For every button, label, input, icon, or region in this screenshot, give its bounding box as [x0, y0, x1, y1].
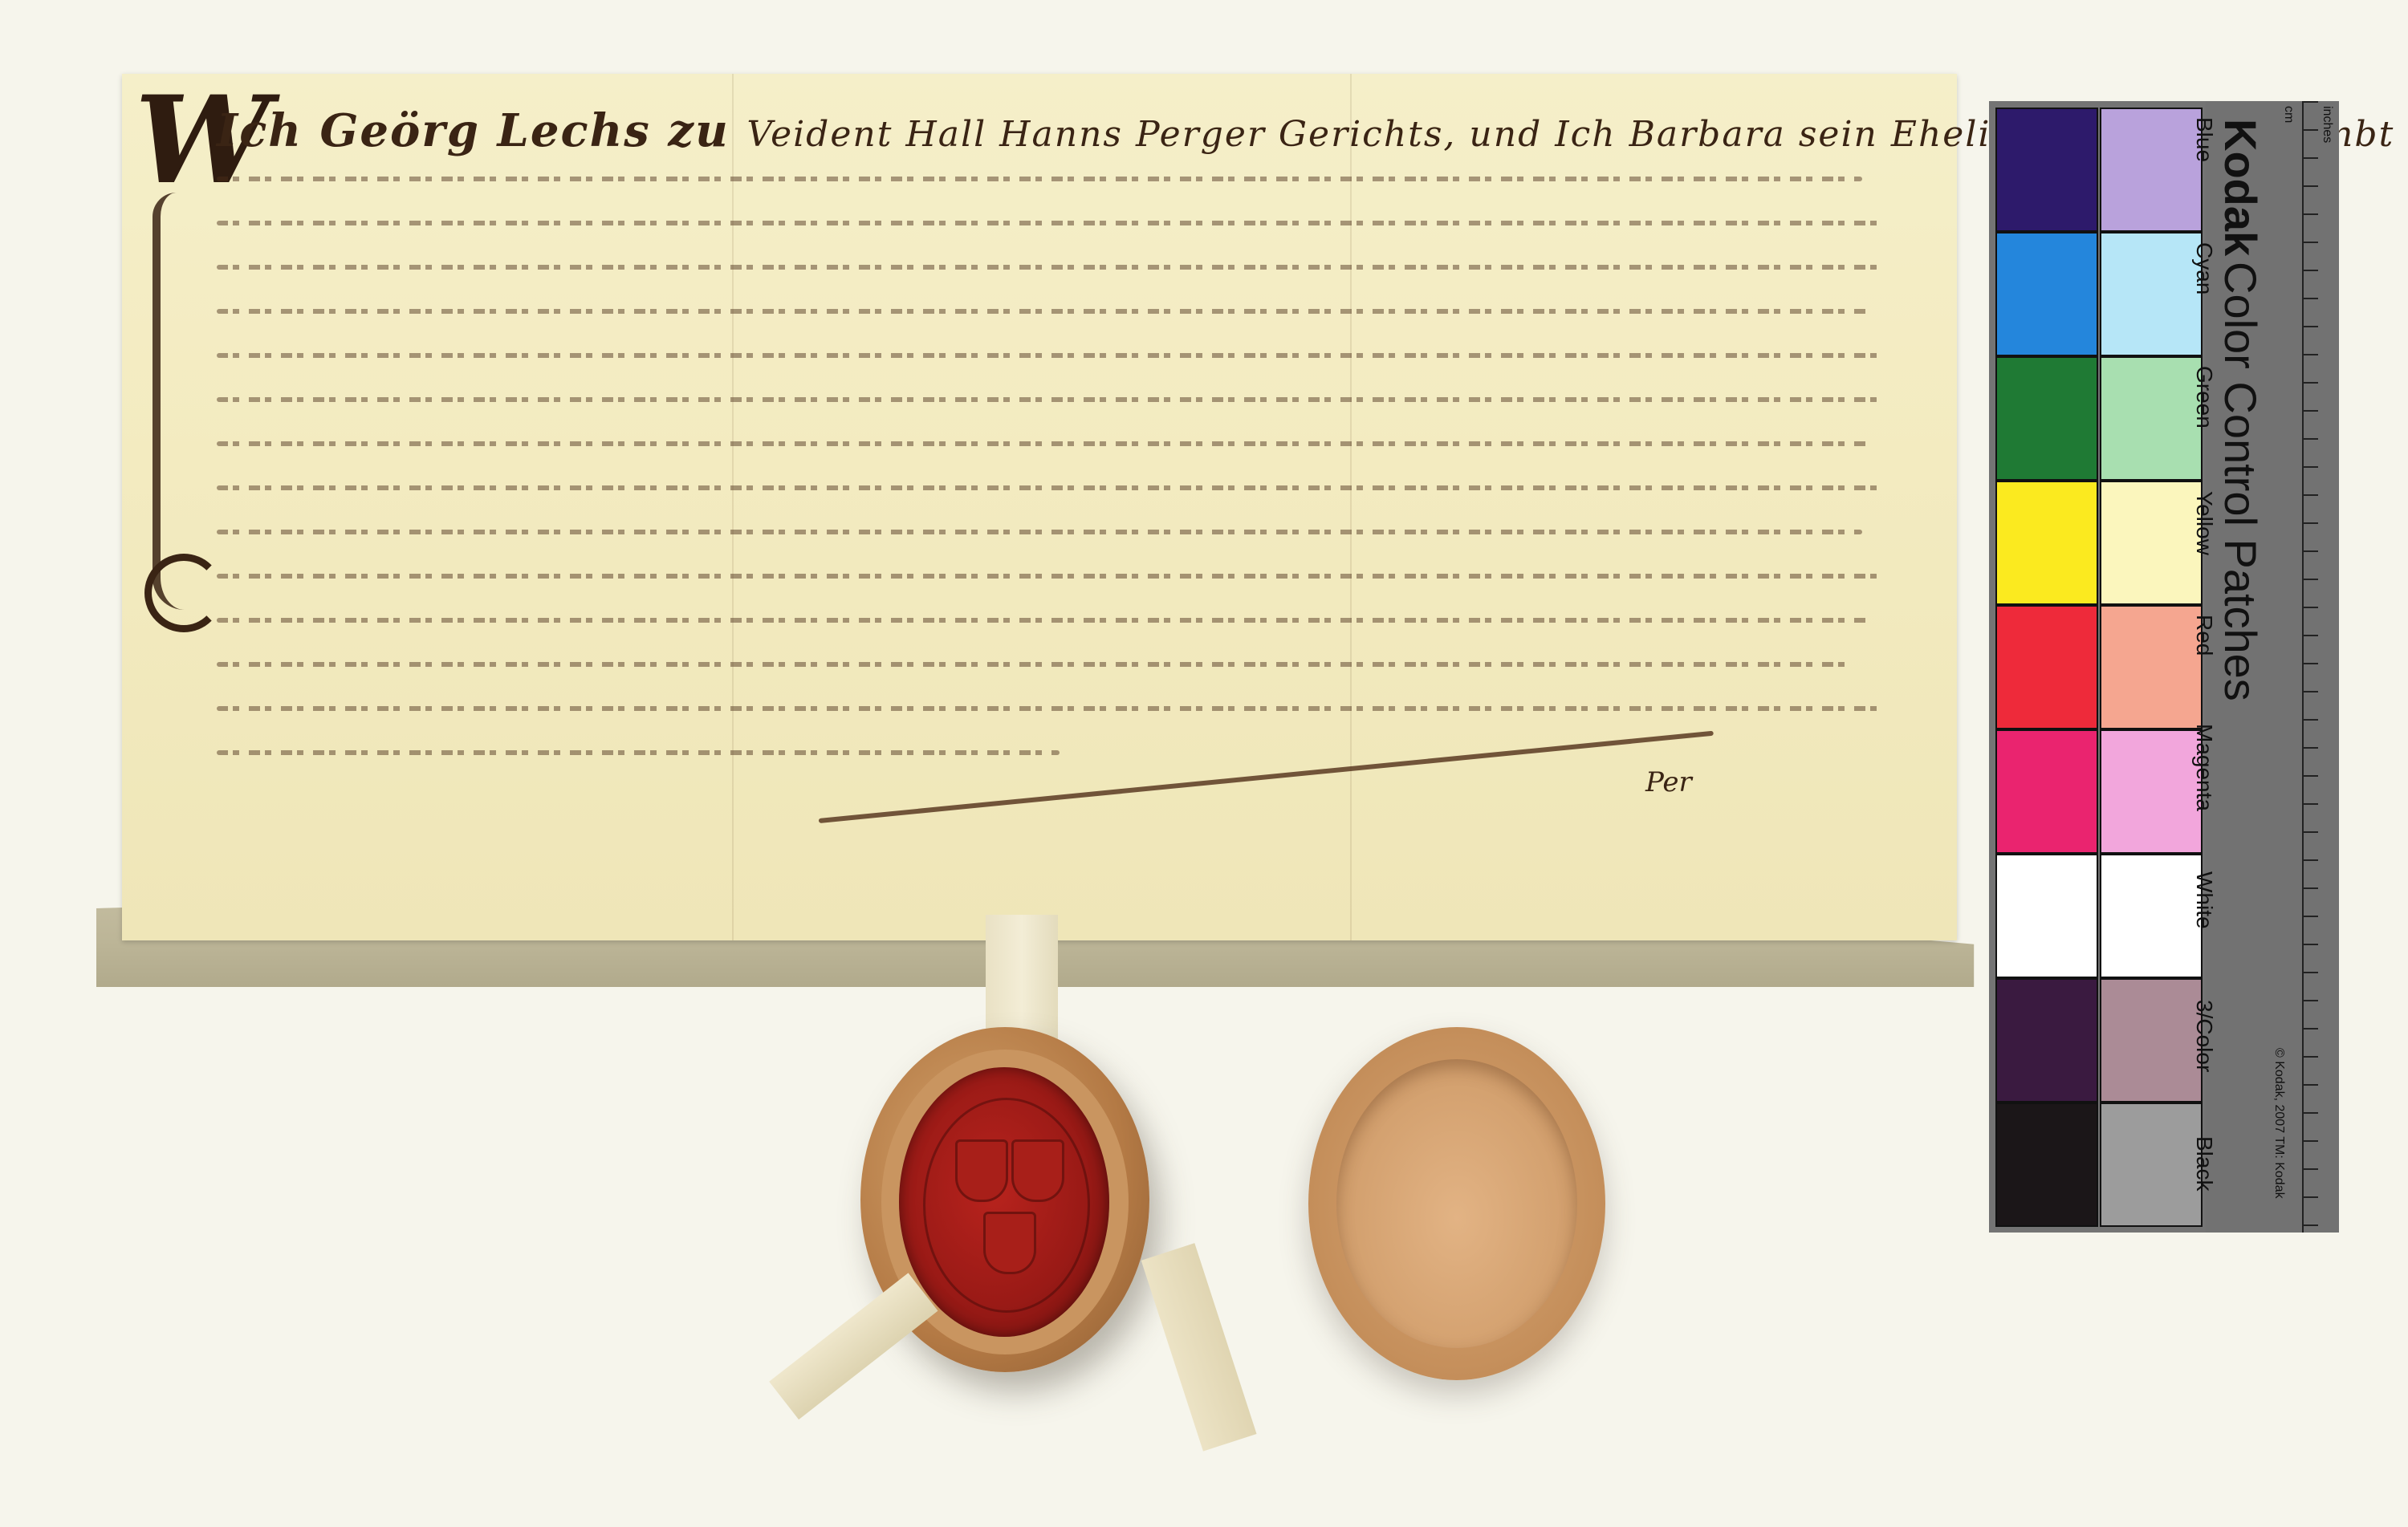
patch-green-light [2100, 356, 2203, 481]
charter-text: Ich Geörg Lechs zu Veident Hall Hanns Pe… [217, 104, 1950, 782]
coat-of-arms-shield [983, 1212, 1036, 1274]
patch-black-dark [1995, 1103, 2098, 1227]
patch-white [1995, 854, 2098, 978]
kodak-brand: Kodak [2215, 119, 2267, 256]
initial-loop-flourish [144, 554, 223, 632]
script-line [217, 649, 1950, 693]
kodak-color-target: Kodak Color Control Patches Blue Cyan Gr… [1989, 101, 2339, 1233]
patch-red-light [2100, 605, 2203, 729]
script-line [217, 296, 1950, 340]
patch-label: Green [2191, 366, 2217, 428]
patch-label: Magenta [2191, 724, 2217, 811]
patch-yellow-light [2100, 481, 2203, 605]
patch-cyan-dark [1995, 232, 2098, 356]
initial-flourish [153, 193, 193, 610]
script-line [217, 164, 1950, 208]
script-line [217, 428, 1950, 473]
coat-of-arms-shield [1011, 1139, 1064, 1202]
patch-blue-light [2100, 108, 2203, 232]
parchment-strap-end [769, 1273, 938, 1419]
patch-label: Red [2191, 615, 2217, 656]
patch-yellow-dark [1995, 481, 2098, 605]
patch-3color-light [2100, 978, 2203, 1103]
kodak-product-name: Color Control Patches [2215, 262, 2267, 701]
patch-label: Black [2191, 1136, 2217, 1191]
kodak-copyright: © Kodak, 2007 TM: Kodak [2272, 1048, 2286, 1199]
light-patch-column [2100, 108, 2203, 1227]
parchment-strap-end [1141, 1243, 1257, 1451]
measurement-ruler [2302, 101, 2341, 1233]
signature-mark: Per [1645, 766, 1692, 798]
patch-magenta-dark [1995, 729, 2098, 854]
opening-line: Ich Geörg Lechs zu Veident Hall Hanns Pe… [217, 104, 1950, 157]
script-line [217, 693, 1950, 737]
patch-magenta-light [2100, 729, 2203, 854]
script-line [217, 561, 1950, 605]
patch-label: Blue [2191, 117, 2217, 162]
unit-cm-label: cm [2281, 106, 2296, 123]
opening-words: Ich Geörg Lechs zu [217, 104, 730, 157]
patch-green-dark [1995, 356, 2098, 481]
script-line [217, 605, 1950, 649]
script-line [217, 384, 1950, 428]
script-line [217, 252, 1950, 296]
patch-red-dark [1995, 605, 2098, 729]
patch-black-light [2100, 1103, 2203, 1227]
script-line [217, 517, 1950, 561]
script-line [217, 340, 1950, 384]
patch-label: White [2191, 871, 2217, 929]
patch-cyan-light [2100, 232, 2203, 356]
patch-white [2100, 854, 2203, 978]
patch-label: 3/Color [2191, 1000, 2217, 1072]
dark-patch-column [1995, 108, 2098, 1227]
script-line [217, 208, 1950, 252]
coat-of-arms-shield [955, 1139, 1008, 1202]
patch-blue-dark [1995, 108, 2098, 232]
seal-inner-border [923, 1098, 1090, 1313]
capsule-lid-interior [1336, 1059, 1577, 1348]
patch-label: Cyan [2191, 242, 2217, 294]
patch-label: Yellow [2191, 491, 2217, 555]
kodak-label-band: Kodak Color Control Patches Blue Cyan Gr… [2206, 101, 2339, 1233]
script-line [217, 473, 1950, 517]
patch-3color-dark [1995, 978, 2098, 1103]
